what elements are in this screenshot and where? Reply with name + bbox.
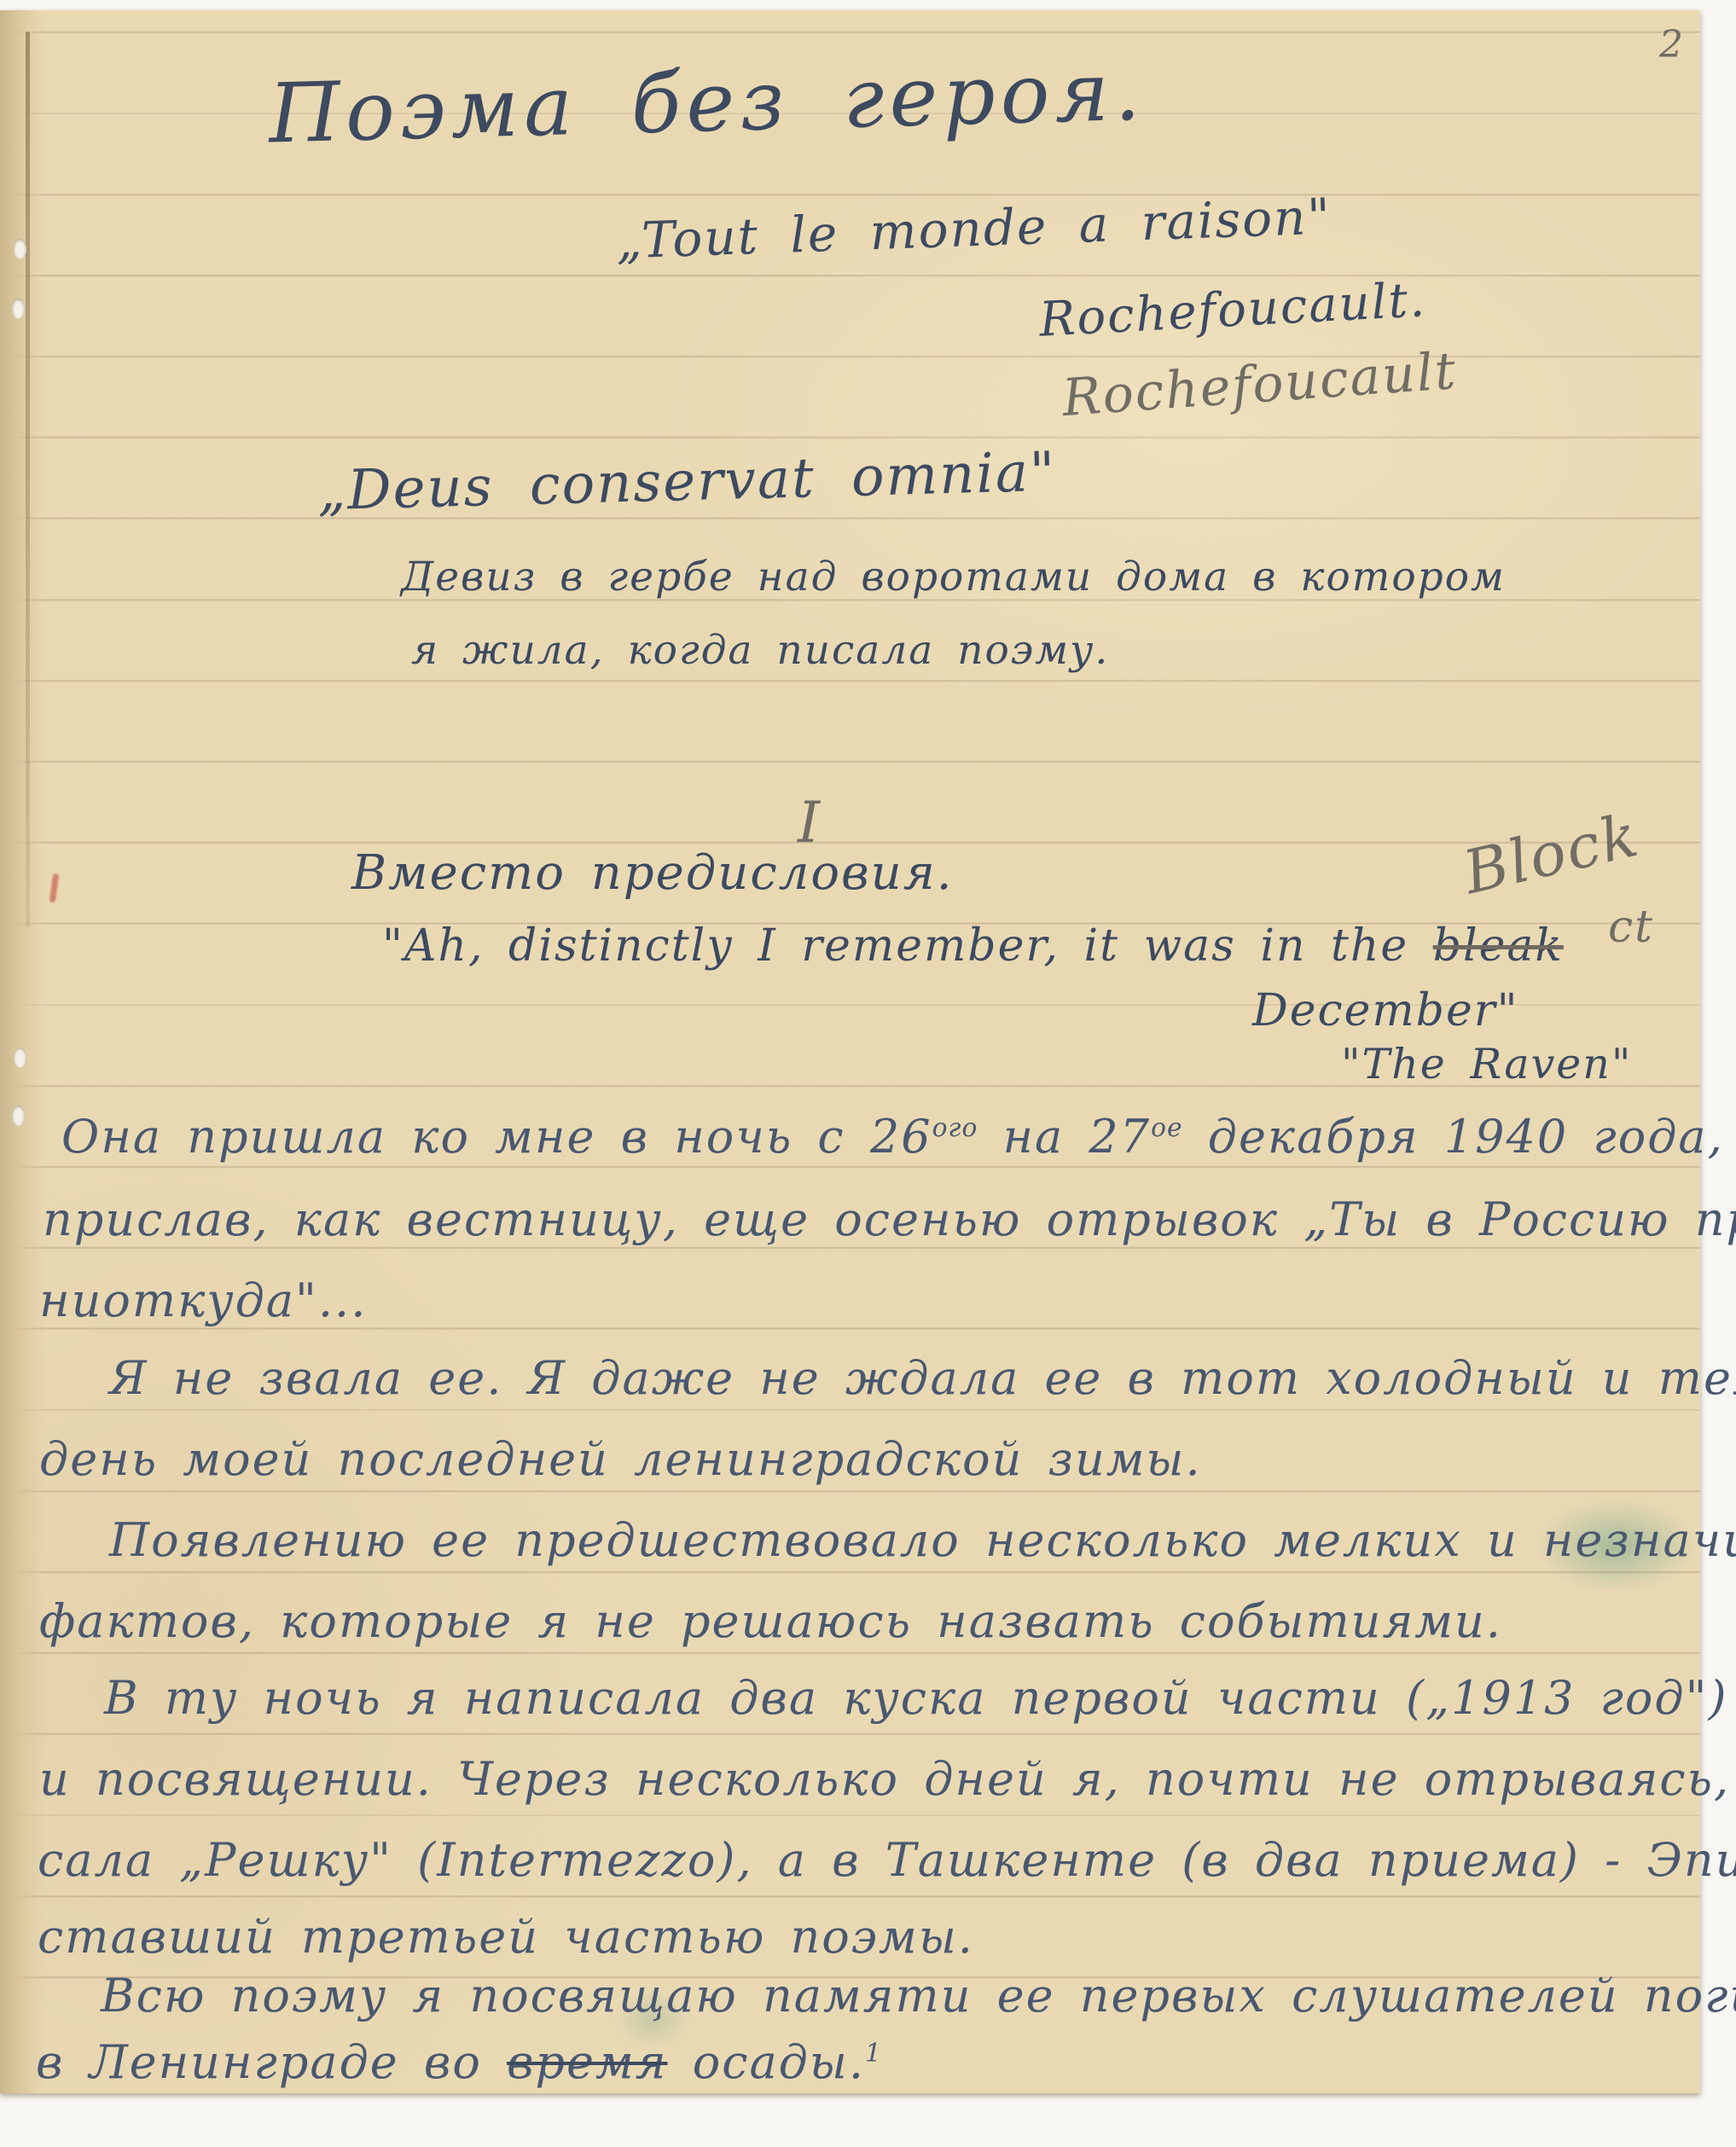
body-line: Всю поэму я посвящаю памяти ее первых сл… bbox=[101, 1972, 1736, 2021]
binding-crease bbox=[26, 32, 30, 927]
epigraph-raven-struck-word: bleak bbox=[1433, 920, 1564, 972]
body-line: фактов, которые я не решаюсь назвать соб… bbox=[39, 1598, 1502, 1646]
epigraph-raven-line2: December" bbox=[1252, 988, 1519, 1035]
body-line: В ту ночь я написала два куска первой ча… bbox=[104, 1674, 1736, 1723]
epigraph-raven-attribution: "The Raven" bbox=[1341, 1042, 1632, 1086]
epigraph-raven-line1: "Ah, distinctly I remember, it was in th… bbox=[382, 923, 1564, 970]
page-title: Поэма без героя. bbox=[268, 49, 1147, 158]
struck-word: время bbox=[507, 2035, 667, 2089]
section-heading: Вместо предисловия. bbox=[351, 849, 954, 899]
body-line: в Ленинграде во время осады.1 bbox=[36, 2039, 882, 2087]
page-number: 2 bbox=[1659, 26, 1685, 65]
body-text: декабря 1940 года, bbox=[1183, 1110, 1724, 1163]
body-text: В ту ночь я написала два куска первой ча… bbox=[104, 1671, 1736, 1725]
body-line: прислав, как вестницу, еще осенью отрыво… bbox=[43, 1196, 1736, 1245]
red-margin-mark bbox=[49, 873, 60, 903]
punch-hole bbox=[14, 239, 26, 259]
punch-hole bbox=[12, 299, 25, 319]
body-line: Я не звала ее. Я даже не ждала ее в тот … bbox=[109, 1355, 1736, 1403]
footnote-marker: 1 bbox=[865, 2039, 882, 2069]
body-text: на 27 bbox=[978, 1110, 1151, 1163]
body-text: Она пришла ко мне в ночь с 26 bbox=[61, 1110, 932, 1163]
epigraph-raven-line1-text: "Ah, distinctly I remember, it was in th… bbox=[382, 920, 1433, 972]
body-line: и посвящении. Через несколько дней я, по… bbox=[39, 1755, 1736, 1804]
body-text: осады. bbox=[668, 2035, 865, 2089]
scanned-manuscript-page: { "colors": { "paper": "#e9d9b3", "ink":… bbox=[0, 0, 1736, 2147]
epigraph-latin-note-line1: Девиз в гербе над воротами дома в которо… bbox=[401, 556, 1506, 598]
punch-hole bbox=[14, 1047, 26, 1068]
body-text: в Ленинграде во bbox=[36, 2035, 507, 2089]
body-line: Она пришла ко мне в ночь с 26ого на 27ое… bbox=[61, 1113, 1724, 1162]
epigraph-latin-note-line2: я жила, когда писала поэму. bbox=[411, 630, 1109, 671]
ordinal-superscript: ое bbox=[1151, 1113, 1182, 1143]
punch-hole bbox=[12, 1105, 25, 1126]
ordinal-superscript: ого bbox=[932, 1113, 978, 1143]
pencil-insert-mark: I bbox=[798, 793, 822, 852]
body-line: ниоткуда"... bbox=[39, 1277, 367, 1326]
body-line: сала „Решку" (Intermezzo), а в Ташкенте … bbox=[38, 1837, 1736, 1885]
body-line: Появлению ее предшествовало несколько ме… bbox=[109, 1517, 1736, 1565]
body-line: ставший третьей частью поэмы. bbox=[38, 1913, 974, 1962]
body-line: день моей последней ленинградской зимы. bbox=[39, 1436, 1202, 1484]
margin-pencil-correction: ct bbox=[1608, 904, 1654, 951]
